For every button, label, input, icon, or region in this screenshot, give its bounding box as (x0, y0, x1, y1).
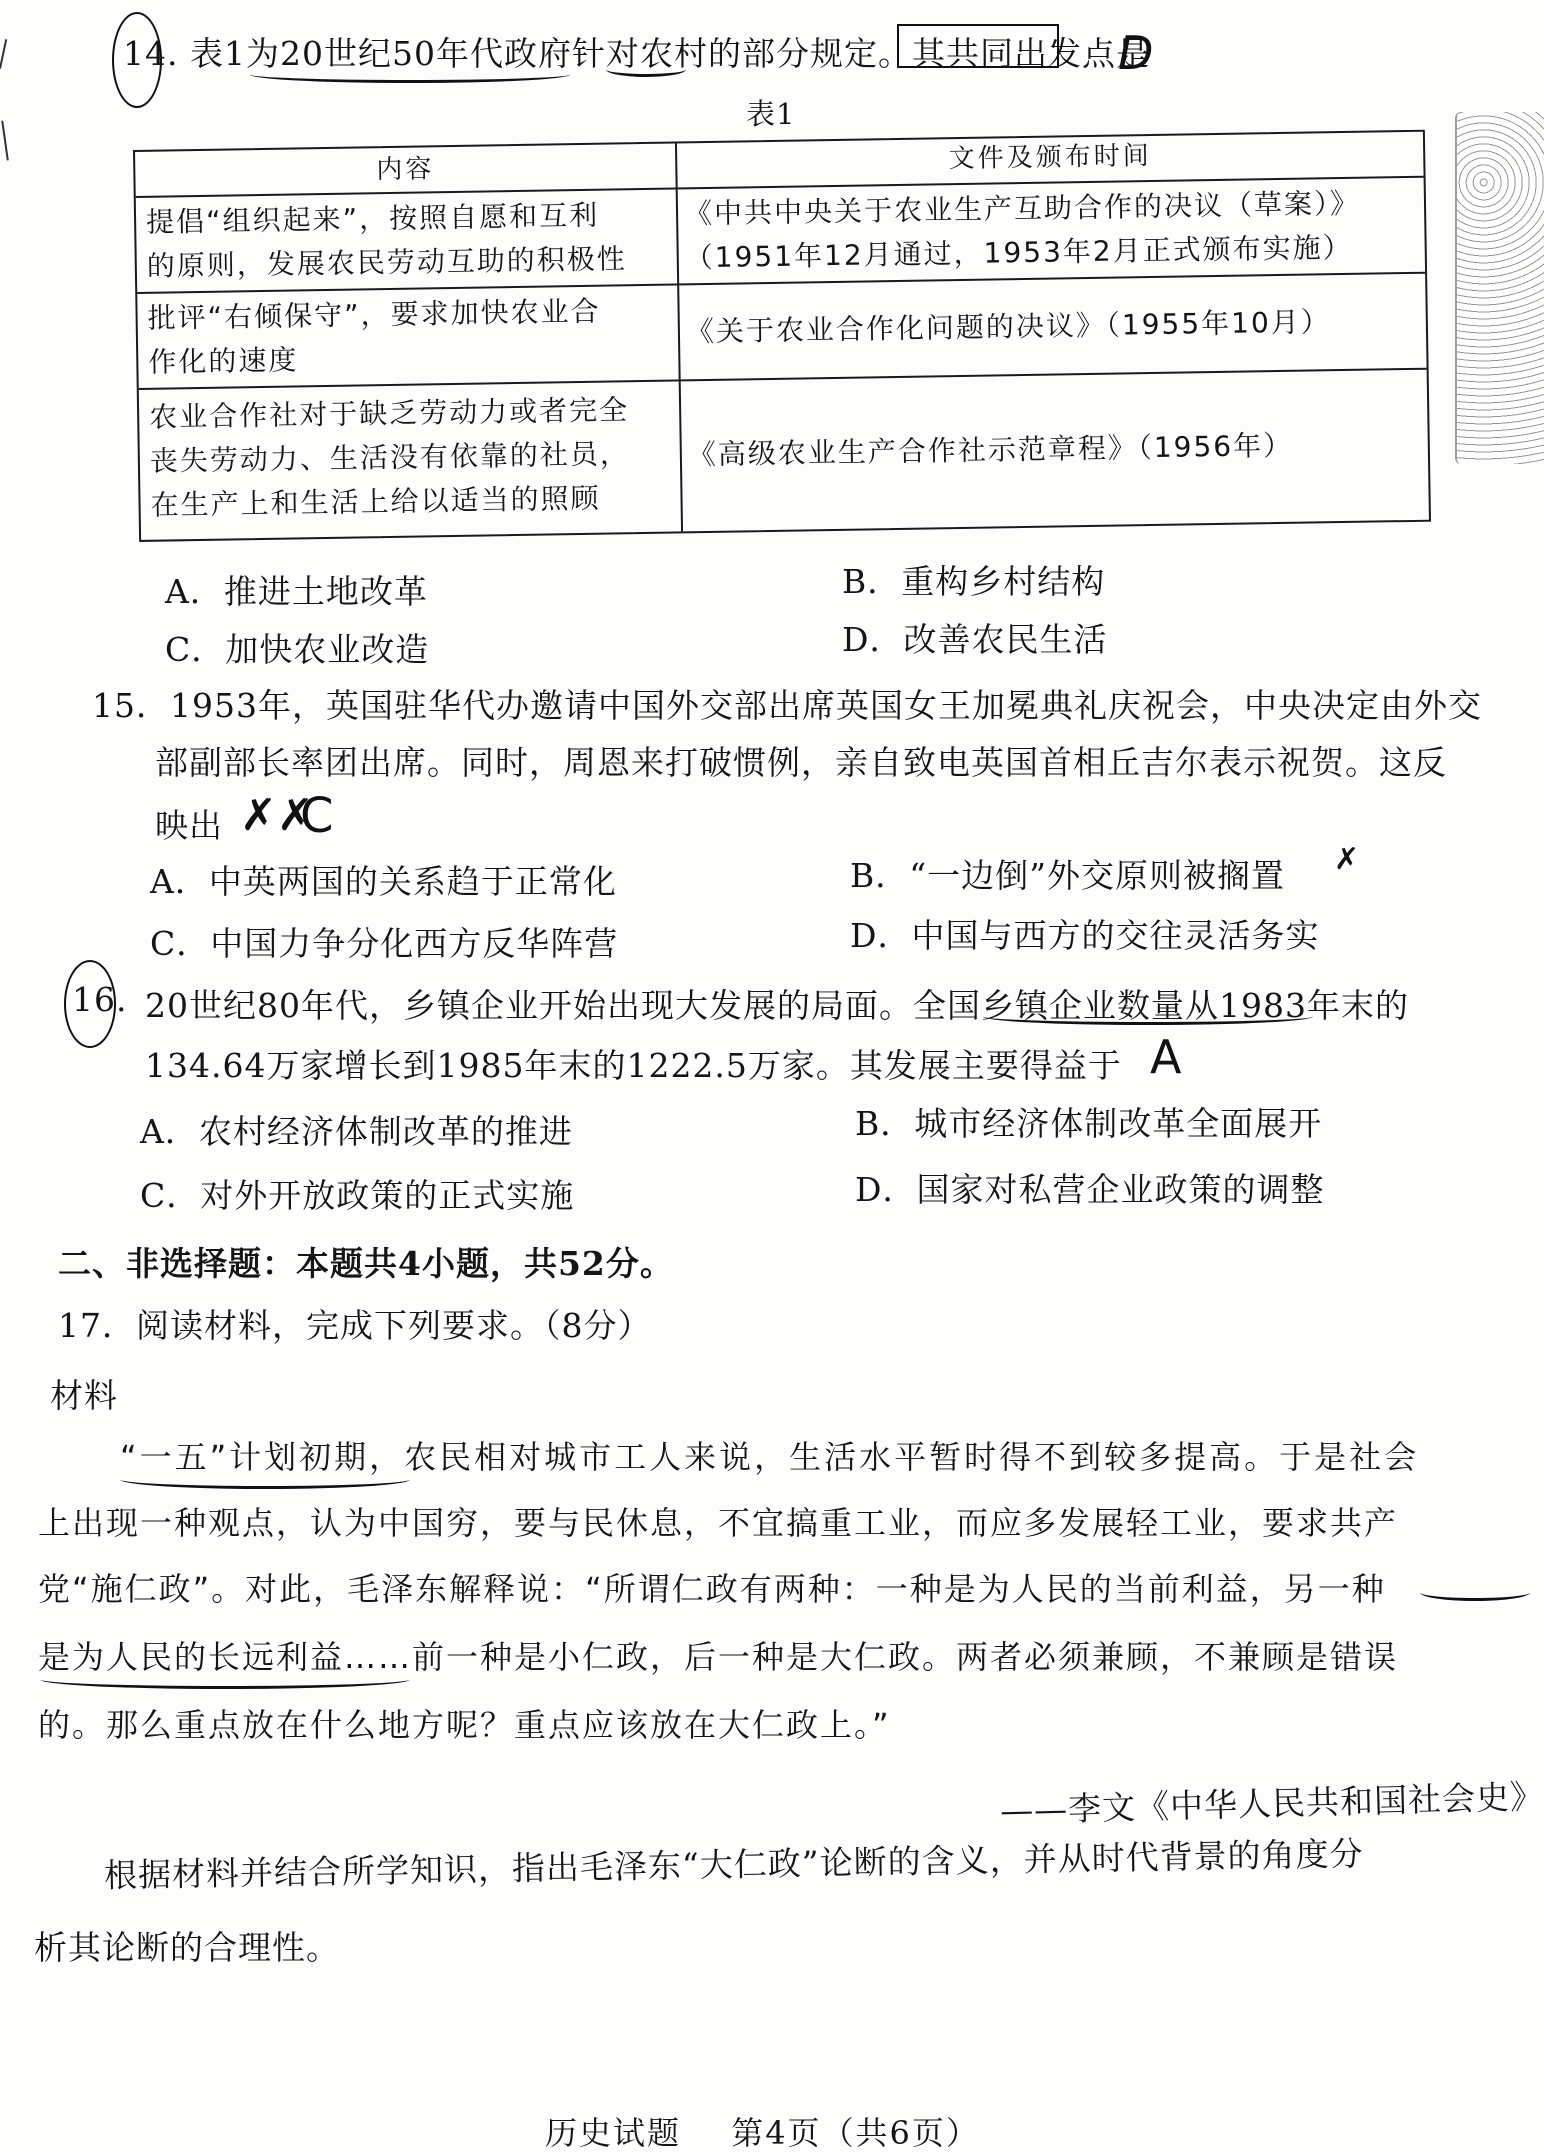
table-row: 农业合作社对于缺乏劳动力或者完全 丧失劳动力、生活没有依靠的社员， 在生产上和生… (139, 370, 1429, 540)
column-header: 内容 (135, 143, 676, 195)
content-cell: 农业合作社对于缺乏劳动力或者完全 丧失劳动力、生活没有依靠的社员， 在生产上和生… (149, 388, 673, 528)
handwritten-cross-mark: ✗ (1334, 842, 1359, 877)
handwritten-answer: D (1118, 26, 1153, 80)
subject-label: 历史试题 (545, 2114, 681, 2152)
material-label: 材料 (50, 1370, 118, 1417)
page-footer: 历史试题 第4页（共6页） (545, 2108, 1018, 2152)
option-b[interactable]: B．重构乡村结构 (842, 556, 1105, 603)
table-caption: 表1 (746, 92, 795, 133)
question-number: 14. (123, 34, 178, 73)
section-heading: 二、非选择题：本题共4小题，共52分。 (58, 1238, 674, 1285)
question-number: 16. (72, 980, 127, 1019)
question-text: 映出 (155, 800, 223, 847)
material-source: ——李文《中华人民共和国社会史》 (999, 1771, 1544, 1832)
handwritten-underline (40, 1670, 410, 1689)
question-stem: 17．阅读材料，完成下列要求。（8分） (58, 1300, 652, 1347)
document-cell: 《中共中央关于农业生产互助合作的决议（草案）》 （1951年12月通过，1953… (684, 181, 1417, 280)
page-number: 第4页（共6页） (731, 2114, 980, 2152)
option-c[interactable]: C．加快农业改造 (165, 624, 429, 671)
margin-pen-mark (1, 119, 16, 160)
document-cell: 《关于农业合作化问题的决议》（1955年10月） (686, 299, 1419, 354)
handwritten-underline (983, 1008, 1313, 1025)
handwritten-underline (606, 62, 686, 77)
material-text: 的。那么重点放在什么地方呢？重点应该放在大仁政上。” (38, 1700, 891, 1746)
document-cell: 《高级农业生产合作社示范章程》（1956年） (688, 422, 1421, 477)
handwritten-underline (120, 1470, 410, 1489)
option-a[interactable]: A．农村经济体制改革的推进 (140, 1106, 573, 1153)
option-a[interactable]: A．推进土地改革 (165, 566, 428, 613)
handwritten-answer: C (300, 788, 334, 844)
margin-pen-mark (0, 39, 17, 71)
question-text: 部副部长率团出席。同时，周恩来打破惯例，亲自致电英国首相丘吉尔表示祝贺。这反 (155, 737, 1447, 784)
question-prompt: 析其论断的合理性。 (34, 1922, 340, 1969)
option-c[interactable]: C．对外开放政策的正式实施 (140, 1170, 574, 1217)
handwritten-underline (250, 66, 570, 83)
material-text: 党“施仁政”。对此，毛泽东解释说：“所谓仁政有两种：一种是为人民的当前利益，另一… (38, 1564, 1386, 1610)
handwritten-underline (1420, 1584, 1530, 1601)
material-text: 上出现一种观点，认为中国穷，要与民休息，不宜搞重工业，而应多发展轻工业，要求共产 (38, 1498, 1398, 1544)
option-b[interactable]: B．城市经济体制改革全面展开 (855, 1098, 1322, 1145)
question-text: 134.64万家增长到1985年末的1222.5万家。其发展主要得益于 (145, 1040, 1122, 1087)
option-b[interactable]: B．“一边倒”外交原则被搁置 (850, 850, 1285, 897)
option-c[interactable]: C．中国力争分化西方反华阵营 (150, 918, 618, 965)
option-d[interactable]: D．改善农民生活 (842, 614, 1107, 661)
question-text: 15．1953年，英国驻华代办邀请中国外交部出席英国女王加冕典礼庆祝会，中央决定… (92, 680, 1482, 727)
content-cell: 提倡“组织起来”，按照自愿和互利 的原则，发展农民劳动互助的积极性 (146, 193, 669, 289)
content-cell: 批评“右倾保守”，要求加快农业合 作化的速度 (147, 289, 670, 385)
option-d[interactable]: D．中国与西方的交往灵活务实 (850, 910, 1319, 957)
handwritten-box-mark (897, 24, 1059, 68)
question-prompt: 根据材料并结合所学知识，指出毛泽东“大仁政”论断的含义，并从时代背景的角度分 (104, 1828, 1364, 1897)
policy-table: 内容 文件及颁布时间 提倡“组织起来”，按照自愿和互利 的原则，发展农民劳动互助… (133, 130, 1431, 542)
column-header: 文件及颁布时间 (677, 132, 1424, 184)
option-d[interactable]: D．国家对私营企业政策的调整 (855, 1164, 1324, 1211)
option-a[interactable]: A．中英两国的关系趋于正常化 (150, 856, 617, 903)
seal-stamp-image (1455, 112, 1544, 464)
handwritten-answer: A (1150, 1030, 1181, 1084)
